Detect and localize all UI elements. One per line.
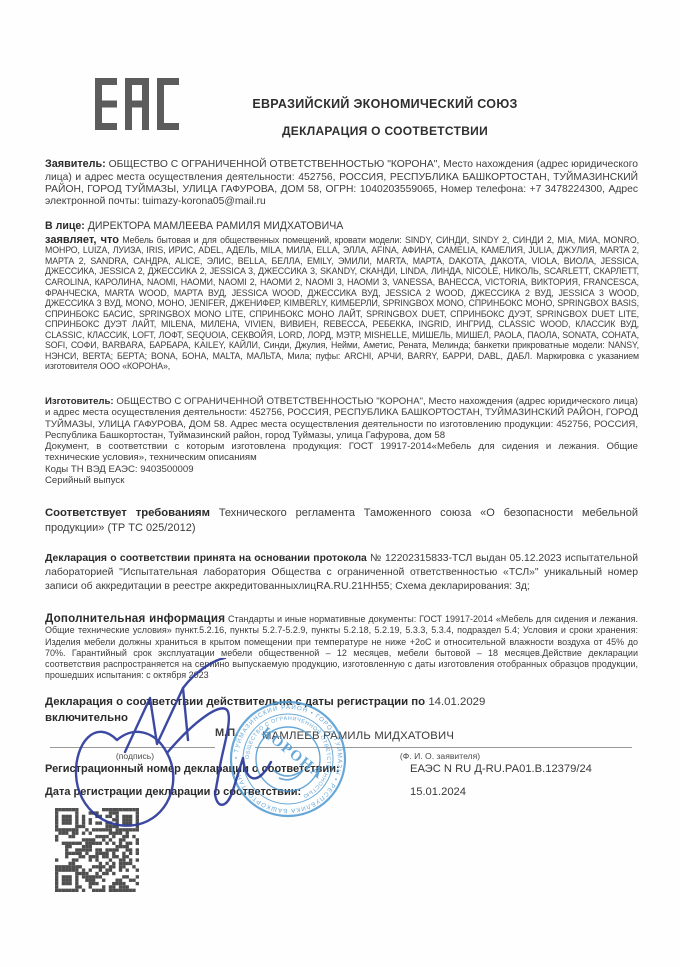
declares-label: заявляет, что <box>45 235 119 246</box>
declares-section: заявляет, что Мебель бытовая и для общес… <box>45 235 639 387</box>
signature-scribble <box>55 658 355 878</box>
manufacturer-text: ОБЩЕСТВО С ОГРАНИЧЕННОЙ ОТВЕТСТВЕННОСТЬЮ… <box>45 396 638 441</box>
union-title: ЕВРАЗИЙСКИЙ ЭКОНОМИЧЕСКИЙ СОЮЗ <box>150 97 620 111</box>
document-header: ЕВРАЗИЙСКИЙ ЭКОНОМИЧЕСКИЙ СОЮЗ ДЕКЛАРАЦИ… <box>150 97 620 138</box>
compliance-label: Соответствует требованиям <box>45 507 210 519</box>
manufacturer-label: Изготовитель: <box>45 396 114 407</box>
product-models-text: Мебель бытовая и для общественных помеще… <box>45 235 639 372</box>
in-person-text: ДИРЕКТОРА МАМЛЕЕВА РАМИЛЯ МИДХАТОВИЧА <box>88 220 344 232</box>
basis-section: Декларация о соответствии принята на осн… <box>45 552 638 593</box>
validity-date: 14.01.2029 <box>428 696 485 708</box>
page-title: ДЕКЛАРАЦИЯ О СООТВЕТСТВИИ <box>150 124 620 138</box>
reg-number-value: ЕАЭС N RU Д-RU.РА01.В.12379/24 <box>410 763 592 775</box>
basis-label: Декларация о соответствии принята на осн… <box>45 553 367 564</box>
declaration-document: ЕВРАЗИЙСКИЙ ЭКОНОМИЧЕСКИЙ СОЮЗ ДЕКЛАРАЦИ… <box>0 0 680 967</box>
name-caption: (Ф. И. О. заявителя) <box>350 751 530 761</box>
compliance-section: Соответствует требованиям Технического р… <box>45 506 638 535</box>
manufacturer-paragraph: Изготовитель: ОБЩЕСТВО С ОГРАНИЧЕННОЙ ОТ… <box>45 396 638 441</box>
serial-release-line: Серийный выпуск <box>45 475 638 486</box>
tnved-codes-line: Коды ТН ВЭД ЕАЭС: 9403500009 <box>45 464 638 475</box>
applicant-section: Заявитель: ОБЩЕСТВО С ОГРАНИЧЕННОЙ ОТВЕТ… <box>45 158 638 208</box>
additional-info-label: Дополнительная информация <box>45 612 225 625</box>
in-person-label: В лице: <box>45 220 85 232</box>
manufacture-doc-line: Документ, в соответствии с которым изгот… <box>45 441 638 464</box>
applicant-text: ОБЩЕСТВО С ОГРАНИЧЕННОЙ ОТВЕТСТВЕННОСТЬЮ… <box>45 159 638 207</box>
reg-date-value: 15.01.2024 <box>410 786 466 798</box>
manufacturer-section: Изготовитель: ОБЩЕСТВО С ОГРАНИЧЕННОЙ ОТ… <box>45 396 638 486</box>
applicant-label: Заявитель: <box>45 158 106 170</box>
in-person-section: В лице: ДИРЕКТОРА МАМЛЕЕВА РАМИЛЯ МИДХАТ… <box>45 220 638 232</box>
